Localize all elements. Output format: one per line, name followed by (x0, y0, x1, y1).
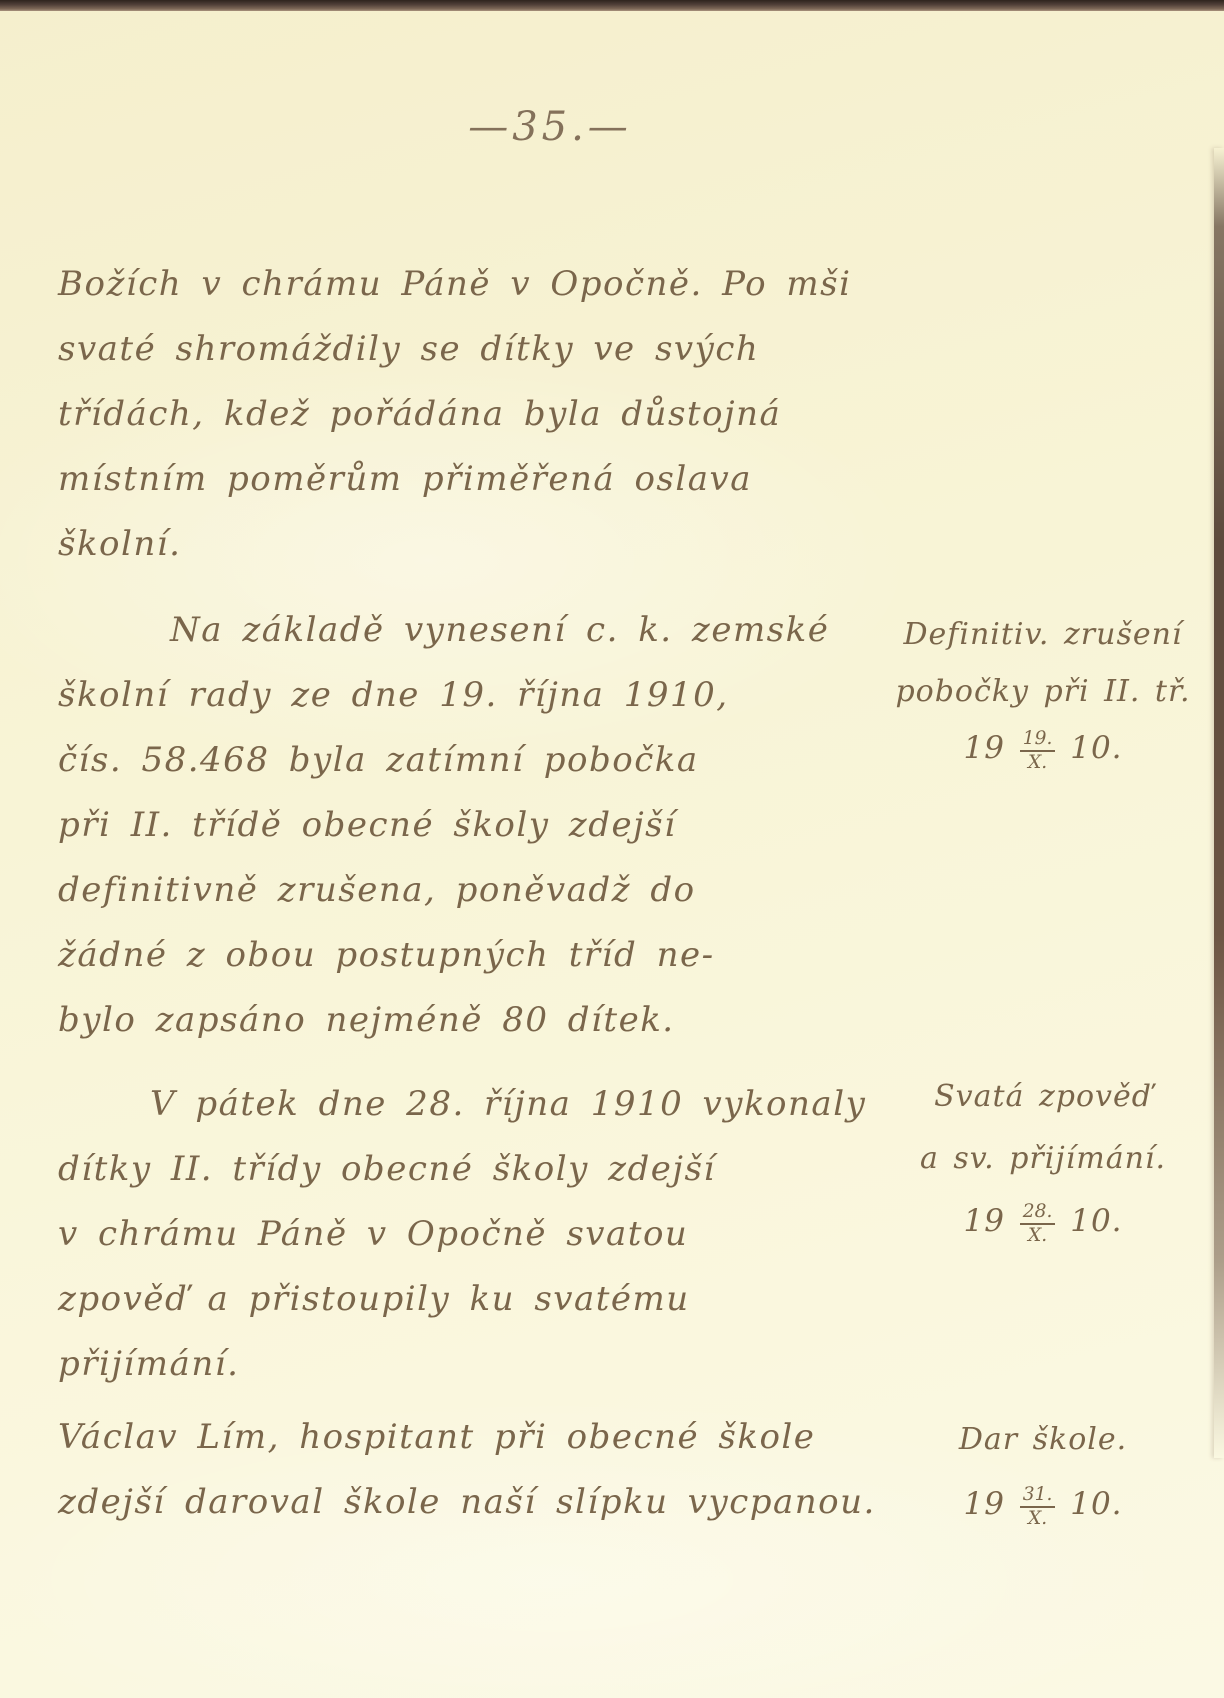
text-line: školní rady ze dne 19. října 1910, (58, 663, 818, 728)
date-month: X. (1020, 1508, 1056, 1529)
book-edge-top (0, 0, 1224, 11)
text-line: dítky II. třídy obecné školy zdejší (58, 1137, 818, 1202)
date-century: 19 (963, 1486, 1004, 1522)
margin-note-line: Dar škole. (878, 1408, 1208, 1472)
text-line: svaté shromáždily se dítky ve svých (58, 317, 818, 382)
date-month: X. (1020, 1225, 1056, 1246)
margin-note-line: Svatá zpověď (878, 1066, 1208, 1128)
date-year: 10. (1070, 1203, 1122, 1239)
date-fraction: 19.X. (1020, 729, 1056, 772)
text-line: zdejší daroval škole naší slípku vycpano… (58, 1470, 818, 1535)
margin-note-date: 19 31.X. 10. (878, 1472, 1208, 1536)
margin-note-date: 19 28.X. 10. (878, 1190, 1208, 1252)
text-line: čís. 58.468 byla zatímní pobočka (58, 728, 818, 793)
text-line: při II. třídě obecné školy zdejší (58, 793, 818, 858)
date-century: 19 (963, 1203, 1004, 1239)
date-month: X. (1020, 752, 1056, 773)
text-line: bylo zapsáno nejméně 80 dítek. (58, 988, 818, 1053)
text-line: žádné z obou postupných tříd ne- (58, 923, 818, 988)
date-day: 28. (1020, 1202, 1056, 1225)
text-line: školní. (58, 512, 818, 577)
date-fraction: 28.X. (1020, 1202, 1056, 1245)
paragraph-continuation: Božích v chrámu Páně v Opočně. Po mši sv… (58, 252, 818, 577)
text-line: třídách, kdež pořádána byla důstojná (58, 382, 818, 447)
paragraph-branch-class-abolished: Na základě vynesení c. k. zemské školní … (58, 598, 818, 1053)
margin-note-date: 19 19.X. 10. (878, 720, 1208, 777)
text-line: místním poměrům přiměřená oslava (58, 447, 818, 512)
margin-note-holy-confession: Svatá zpověď a sv. přijímání. 19 28.X. 1… (878, 1066, 1208, 1252)
margin-note-definitive-abolition: Definitiv. zrušení pobočky při II. tř. 1… (878, 606, 1208, 777)
date-year: 10. (1070, 730, 1122, 766)
book-edge-right (1214, 148, 1224, 1458)
text-line: V pátek dne 28. října 1910 vykonaly (58, 1072, 818, 1137)
text-line: přijímání. (58, 1332, 818, 1397)
paragraph-gift-to-school: Václav Lím, hospitant při obecné škole z… (58, 1405, 818, 1535)
date-century: 19 (963, 730, 1004, 766)
date-day: 19. (1020, 729, 1056, 752)
paragraph-confession-communion: V pátek dne 28. října 1910 vykonaly dítk… (58, 1072, 818, 1397)
margin-note-line: a sv. přijímání. (878, 1128, 1208, 1190)
page-number: —35.— (0, 104, 1100, 150)
date-fraction: 31.X. (1020, 1485, 1056, 1528)
date-year: 10. (1070, 1486, 1122, 1522)
text-line: zpověď a přistoupily ku svatému (58, 1267, 818, 1332)
text-line: definitivně zrušena, poněvadž do (58, 858, 818, 923)
text-line: Božích v chrámu Páně v Opočně. Po mši (58, 252, 818, 317)
text-line: Václav Lím, hospitant při obecné škole (58, 1405, 818, 1470)
margin-note-line: pobočky při II. tř. (878, 663, 1208, 720)
date-day: 31. (1020, 1485, 1056, 1508)
text-line: Na základě vynesení c. k. zemské (58, 598, 818, 663)
margin-note-gift-to-school: Dar škole. 19 31.X. 10. (878, 1408, 1208, 1536)
text-line: v chrámu Páně v Opočně svatou (58, 1202, 818, 1267)
margin-note-line: Definitiv. zrušení (878, 606, 1208, 663)
